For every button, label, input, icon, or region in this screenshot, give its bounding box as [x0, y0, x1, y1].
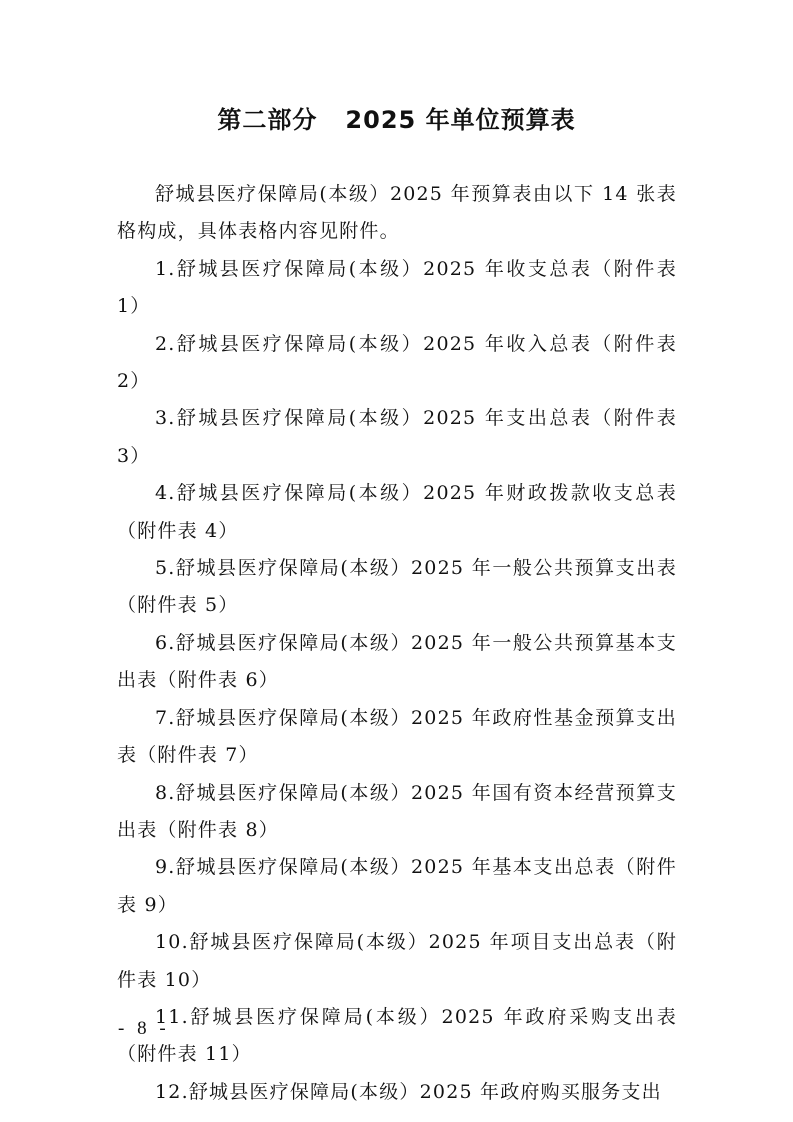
- list-item: 4.舒城县医疗保障局(本级）2025 年财政拨款收支总表（附件表 4）: [117, 475, 677, 550]
- page-title: 第二部分2025 年单位预算表: [0, 100, 793, 140]
- list-item: 3.舒城县医疗保障局(本级）2025 年支出总表（附件表 3）: [117, 400, 677, 475]
- list-item: 6.舒城县医疗保障局(本级）2025 年一般公共预算基本支出表（附件表 6）: [117, 625, 677, 700]
- intro-paragraph: 舒城县医疗保障局(本级）2025 年预算表由以下 14 张表格构成，具体表格内容…: [117, 176, 677, 251]
- list-item: 8.舒城县医疗保障局(本级）2025 年国有资本经营预算支出表（附件表 8）: [117, 775, 677, 850]
- document-body: 舒城县医疗保障局(本级）2025 年预算表由以下 14 张表格构成，具体表格内容…: [117, 176, 677, 1111]
- list-item: 9.舒城县医疗保障局(本级）2025 年基本支出总表（附件表 9）: [117, 849, 677, 924]
- title-part: 第二部分: [217, 106, 317, 134]
- list-item: 1.舒城县医疗保障局(本级）2025 年收支总表（附件表 1）: [117, 251, 677, 326]
- list-item: 10.舒城县医疗保障局(本级）2025 年项目支出总表（附件表 10）: [117, 924, 677, 999]
- list-item: 11.舒城县医疗保障局(本级）2025 年政府采购支出表（附件表 11）: [117, 999, 677, 1074]
- page-number: - 8 -: [118, 1018, 170, 1040]
- list-item: 12.舒城县医疗保障局(本级）2025 年政府购买服务支出: [117, 1074, 677, 1111]
- list-item: 7.舒城县医疗保障局(本级）2025 年政府性基金预算支出表（附件表 7）: [117, 700, 677, 775]
- list-item: 5.舒城县医疗保障局(本级）2025 年一般公共预算支出表（附件表 5）: [117, 550, 677, 625]
- title-main: 2025 年单位预算表: [345, 106, 575, 134]
- list-item: 2.舒城县医疗保障局(本级）2025 年收入总表（附件表 2）: [117, 326, 677, 401]
